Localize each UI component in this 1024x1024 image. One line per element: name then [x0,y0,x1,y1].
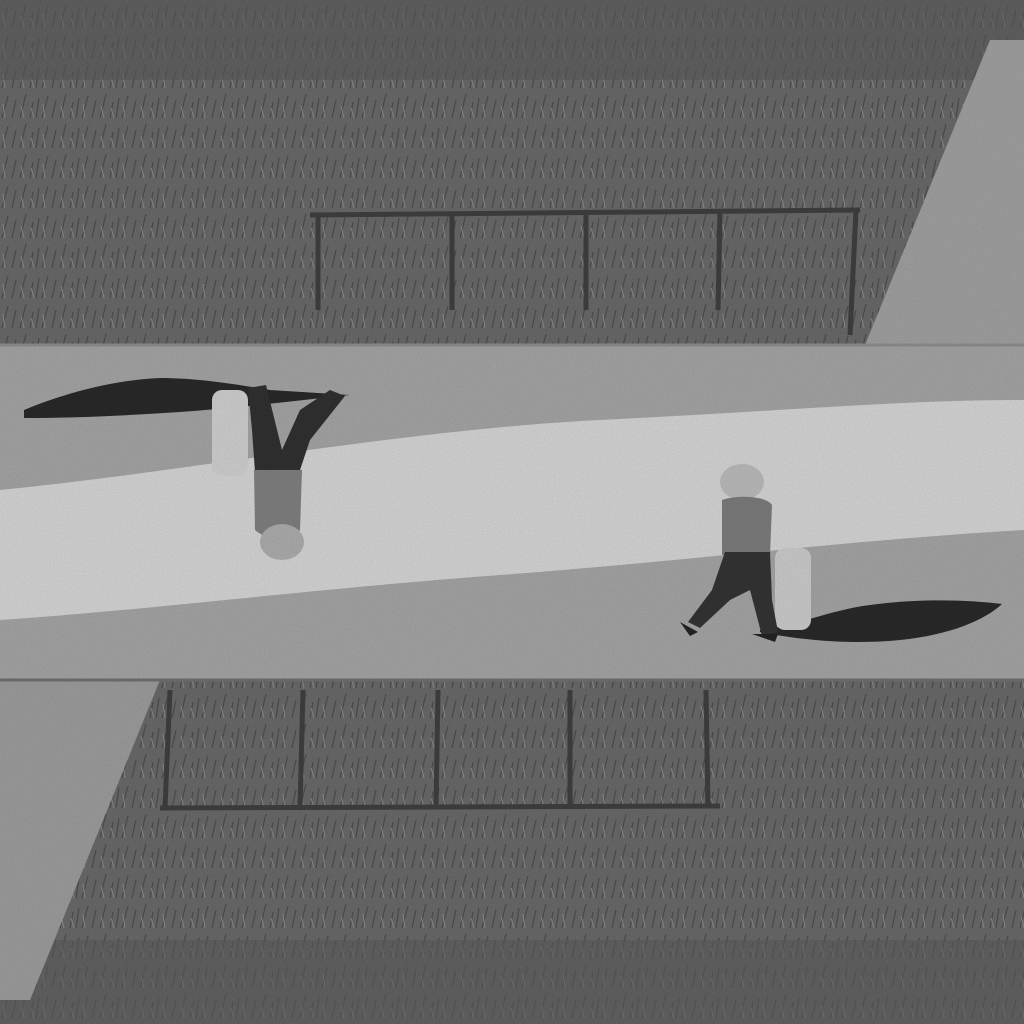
bollard-post [775,548,811,630]
mirrored-bollard-post [212,390,248,476]
upper-tree-line [0,0,1024,80]
lower-tree-line [0,940,1024,1024]
photo-canvas [0,0,1024,1024]
photo-scene [0,0,1024,1024]
